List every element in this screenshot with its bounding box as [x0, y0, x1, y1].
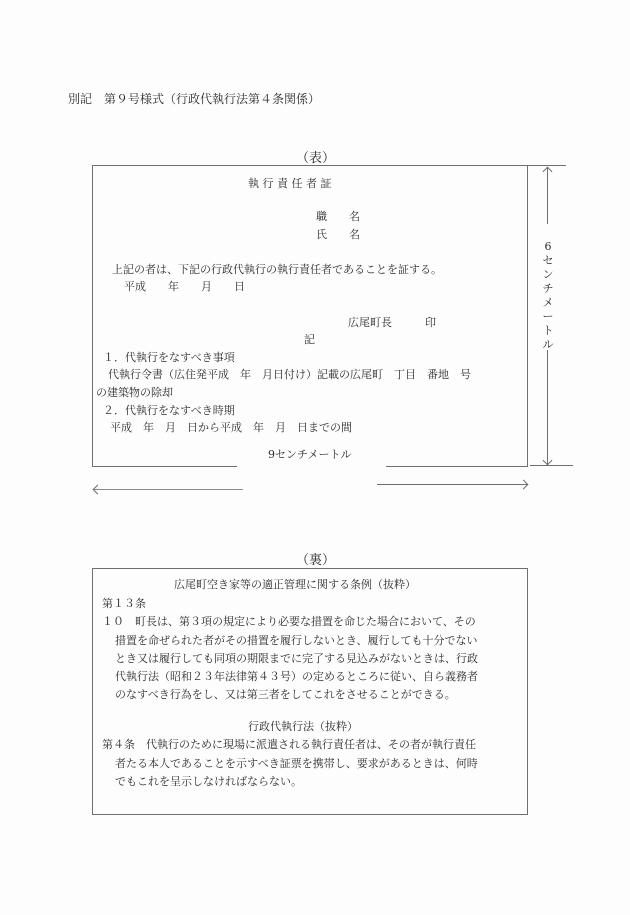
arrow-down-icon — [543, 456, 553, 466]
item1-line1: 代執行令書（広住発平成 年 月日付け）記載の広尾町 丁目 番地 号 — [108, 366, 471, 382]
para10-line: １０ 町長は、第３項の規定により必要な措置を命じた場合において、その — [102, 613, 476, 629]
width-arrow-left-line — [93, 489, 243, 490]
form-header-title: 別記 第９号様式（行政代執行法第４条関係） — [68, 90, 320, 107]
front-card-top-border — [92, 165, 566, 166]
height-dimension-char: ル — [542, 338, 554, 352]
name-label: 氏 名 — [316, 226, 360, 242]
front-card-bottom-border-right — [386, 466, 528, 467]
ordinance-title: 広尾町空き家等の適正管理に関する条例（抜粋） — [174, 576, 416, 592]
item2-line1: 平成 年 月 日から平成 年 月 日までの間 — [110, 419, 352, 435]
height-dimension-char: チ — [542, 282, 554, 296]
certify-text: 上記の者は、下記の行政代執行の執行責任者であることを証する。 — [112, 261, 442, 277]
width-dimension-label: 9センチメートル — [268, 446, 352, 462]
para10-line: のなすべき行為をし、又は第三者をしてこれをさせることができる。 — [115, 686, 456, 702]
height-dimension-char: ン — [542, 268, 554, 282]
height-dimension-char: メ — [542, 296, 554, 310]
para10-line: とき又は履行しても同項の期限までに完了する見込みがないときは、行政 — [115, 650, 478, 666]
issuer-seal: 広尾町長 印 — [348, 314, 436, 330]
front-card-bottom-border-left — [92, 466, 237, 467]
front-side-label: （表） — [296, 147, 335, 166]
arrow-up-icon — [543, 167, 553, 177]
law-title: 行政代執行法（抜粋） — [248, 718, 358, 734]
article13-heading: 第１３条 — [102, 595, 146, 611]
width-arrow-right-line — [377, 484, 527, 485]
item1-heading: １．代執行をなすべき事項 — [103, 349, 235, 365]
para10-line: 代執行法（昭和２３年法律第４３号）の定めるところに従い、自ら義務者 — [115, 668, 478, 684]
date-line: 平成 年 月 日 — [124, 278, 245, 294]
height-dimension-char: ト — [542, 324, 554, 338]
height-dimension-label: 6 セ ン チ メ ー ト ル — [542, 240, 554, 352]
height-dimension-bottom-line — [530, 465, 573, 466]
height-dimension-char: ー — [542, 310, 554, 324]
height-dimension-number: 6 — [542, 240, 554, 254]
article4-line: でもこれを呈示しなければならない。 — [115, 773, 302, 789]
front-card-left-border — [92, 165, 93, 466]
height-dimension-char: セ — [542, 254, 554, 268]
article4-line: 者たる本人であることを示すべき証票を携帯し、要求があるときは、何時 — [115, 755, 478, 771]
card-title: 執 行 責 任 者 証 — [248, 175, 331, 191]
para10-line: 措置を命ぜられた者がその措置を履行しないとき、履行しても十分でない — [115, 632, 478, 648]
ki-label: 記 — [304, 331, 315, 347]
back-side-label: （裏） — [296, 549, 335, 568]
arrow-right-icon — [519, 480, 529, 490]
position-label: 職 名 — [316, 208, 360, 224]
item1-line2: の建築物の除却 — [96, 384, 173, 400]
arrow-left-icon — [93, 485, 103, 495]
item2-heading: ２．代執行をなすべき時期 — [103, 402, 235, 418]
front-card-right-border — [527, 165, 528, 466]
height-arrow-bottom-line — [547, 350, 548, 464]
article4-line: 第４条 代執行のために現場に派遣される執行責任者は、その者が執行責任 — [102, 736, 476, 752]
